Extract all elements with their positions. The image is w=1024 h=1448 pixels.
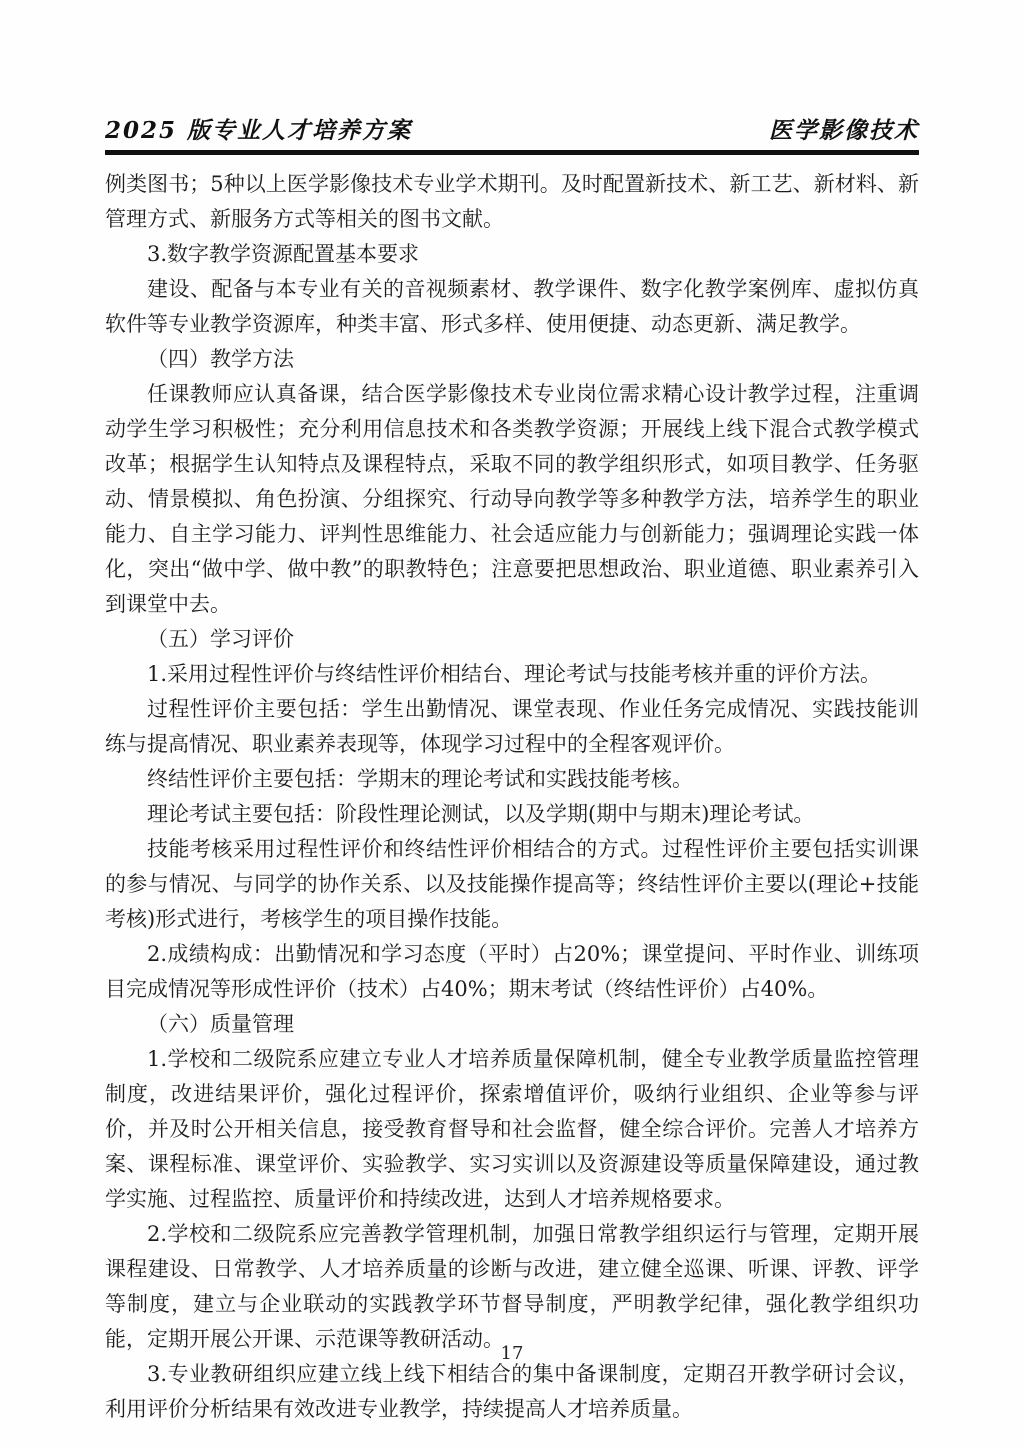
paragraph-summative-evaluation: 终结性评价主要包括：学期末的理论考试和实践技能考核。: [105, 762, 919, 797]
paragraph-continuation: 例类图书；5种以上医学影像技术专业学术期刊。及时配置新技术、新工艺、新材料、新管…: [105, 167, 919, 237]
document-body: 例类图书；5种以上医学影像技术专业学术期刊。及时配置新技术、新工艺、新材料、新管…: [105, 167, 919, 1427]
paragraph-process-evaluation: 过程性评价主要包括：学生出勤情况、课堂表现、作业任务完成情况、实践技能训练与提高…: [105, 692, 919, 762]
paragraph-score-composition: 2.成绩构成：出勤情况和学习态度（平时）占20%；课堂提问、平时作业、训练项目完…: [105, 937, 919, 1007]
page-header: 2025 版专业人才培养方案 医学影像技术: [105, 0, 919, 145]
paragraph-quality-item-2: 2.学校和二级院系应完善教学管理机制，加强日常教学组织运行与管理，定期开展课程建…: [105, 1217, 919, 1357]
header-left-title: 2025 版专业人才培养方案: [105, 112, 412, 145]
paragraph-digital-resources-detail: 建设、配备与本专业有关的音视频素材、教学课件、数字化教学案例库、虚拟仿真软件等专…: [105, 272, 919, 342]
paragraph-heading-learning-evaluation: （五）学习评价: [105, 622, 919, 657]
page-number: 17: [501, 1343, 524, 1364]
paragraph-heading-quality-management: （六）质量管理: [105, 1007, 919, 1042]
header-right-title: 医学影像技术: [769, 112, 919, 145]
document-page: 2025 版专业人才培养方案 医学影像技术 例类图书；5种以上医学影像技术专业学…: [0, 0, 1024, 1448]
paragraph-theory-exam: 理论考试主要包括：阶段性理论测试，以及学期(期中与期末)理论考试。: [105, 797, 919, 832]
paragraph-teaching-methods-detail: 任课教师应认真备课，结合医学影像技术专业岗位需求精心设计教学过程，注重调动学生学…: [105, 377, 919, 622]
paragraph-quality-item-3: 3.专业教研组织应建立线上线下相结合的集中备课制度，定期召开教学研讨会议，利用评…: [105, 1357, 919, 1427]
paragraph-skill-assessment: 技能考核采用过程性评价和终结性评价相结合的方式。过程性评价主要包括实训课的参与情…: [105, 832, 919, 937]
paragraph-heading-teaching-methods: （四）教学方法: [105, 342, 919, 377]
paragraph-heading-digital-resources: 3.数字教学资源配置基本要求: [105, 237, 919, 272]
paragraph-quality-item-1: 1.学校和二级院系应建立专业人才培养质量保障机制，健全专业教学质量监控管理制度，…: [105, 1042, 919, 1217]
header-rule: [105, 150, 919, 155]
page-footer: 17: [0, 1343, 1024, 1364]
paragraph-evaluation-method: 1.采用过程性评价与终结性评价相结台、理论考试与技能考核并重的评价方法。: [105, 657, 919, 692]
